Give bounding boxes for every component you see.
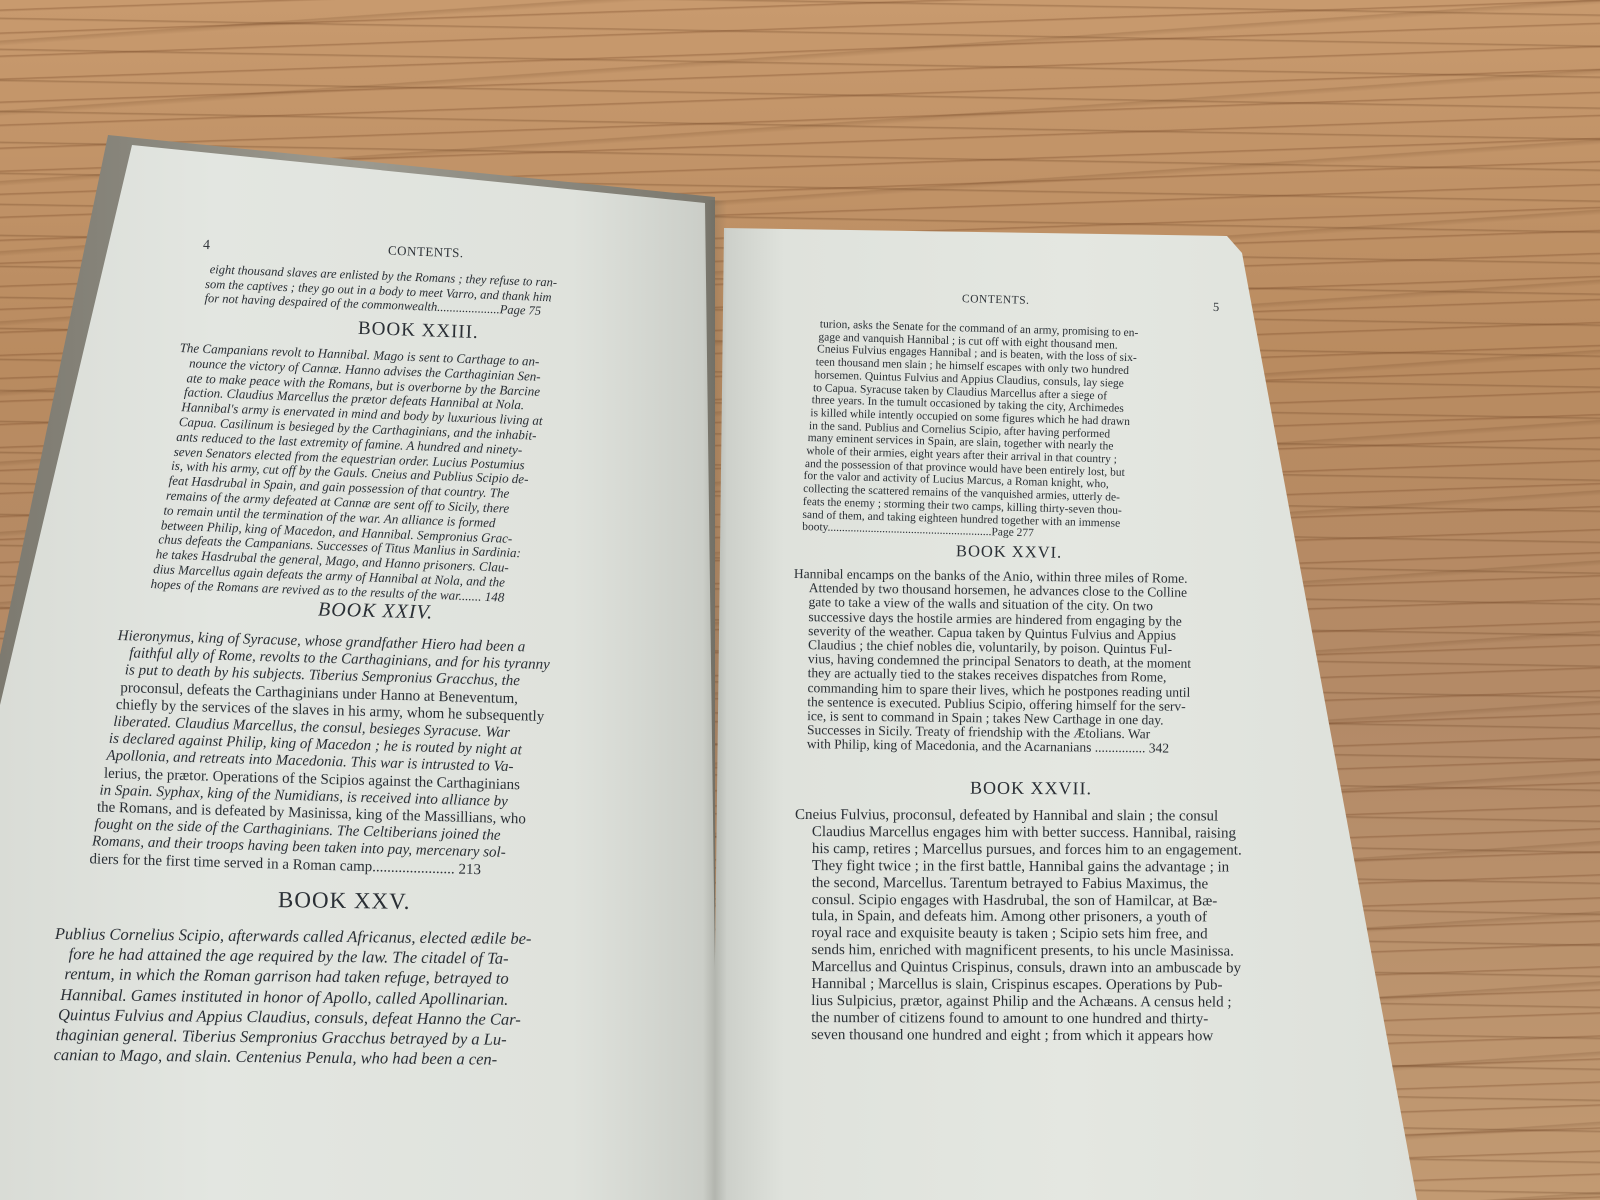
book-xxvii-entry: Cneius Fulvius, proconsul, defeated by H… <box>794 807 1242 1045</box>
open-book: 4 CONTENTS. eight thousand slaves are en… <box>0 0 1600 1200</box>
book-xxiv-heading: BOOK XXIV. <box>318 598 434 624</box>
text-line: the second, Marcellus. Tarentum betrayed… <box>795 875 1242 893</box>
text-line: his camp, retires ; Marcellus pursues, a… <box>795 841 1242 859</box>
text-line: royal race and exquisite beauty is taken… <box>795 925 1242 943</box>
book-xxvi-entry: Hannibal encamps on the banks of the Ani… <box>792 567 1192 756</box>
text-line: tula, in Spain, and defeats him. Among o… <box>795 908 1242 926</box>
right-page-number: 5 <box>1213 300 1220 315</box>
book-xxv-entry: Publius Cornelius Scipio, afterwards cal… <box>54 924 532 1070</box>
book-xxvi-heading: BOOK XXVI. <box>956 541 1063 562</box>
text-line: Cneius Fulvius, proconsul, defeated by H… <box>795 807 1242 825</box>
right-running-head: CONTENTS. <box>962 293 1030 307</box>
left-running-head: CONTENTS. <box>388 243 464 262</box>
book-xxv-heading: BOOK XXV. <box>278 887 411 915</box>
text-line: Hannibal ; Marcellus is slain, Crispinus… <box>794 976 1241 994</box>
book-xxiv-entry: Hieronymus, king of Syracuse, whose gran… <box>111 628 550 881</box>
text-line: They fight twice ; in the first battle, … <box>795 858 1242 876</box>
book-gutter <box>703 200 727 1200</box>
text-line: consul. Scipio engages with Hasdrubal, t… <box>795 892 1242 910</box>
right-continuation-entry: turion, asks the Senate for the command … <box>802 318 1139 543</box>
text-line: lius Sulpicius, prætor, against Philip a… <box>794 993 1241 1011</box>
book-xxiii-entry: The Campanians revolt to Hannibal. Mago … <box>170 341 545 606</box>
book-xxiii-heading: BOOK XXIII. <box>358 318 479 344</box>
text-line: the number of citizens found to amount t… <box>794 1010 1241 1028</box>
book-xxvii-heading: BOOK XXVII. <box>970 778 1092 800</box>
left-page-number: 4 <box>203 238 211 254</box>
text-line: Claudius Marcellus engages him with bett… <box>795 824 1242 842</box>
text-line: Marcellus and Quintus Crispinus, consuls… <box>794 959 1241 977</box>
text-line: seven thousand one hundred and eight ; f… <box>794 1027 1241 1045</box>
text-line: sends him, enriched with magnificent pre… <box>794 942 1241 960</box>
